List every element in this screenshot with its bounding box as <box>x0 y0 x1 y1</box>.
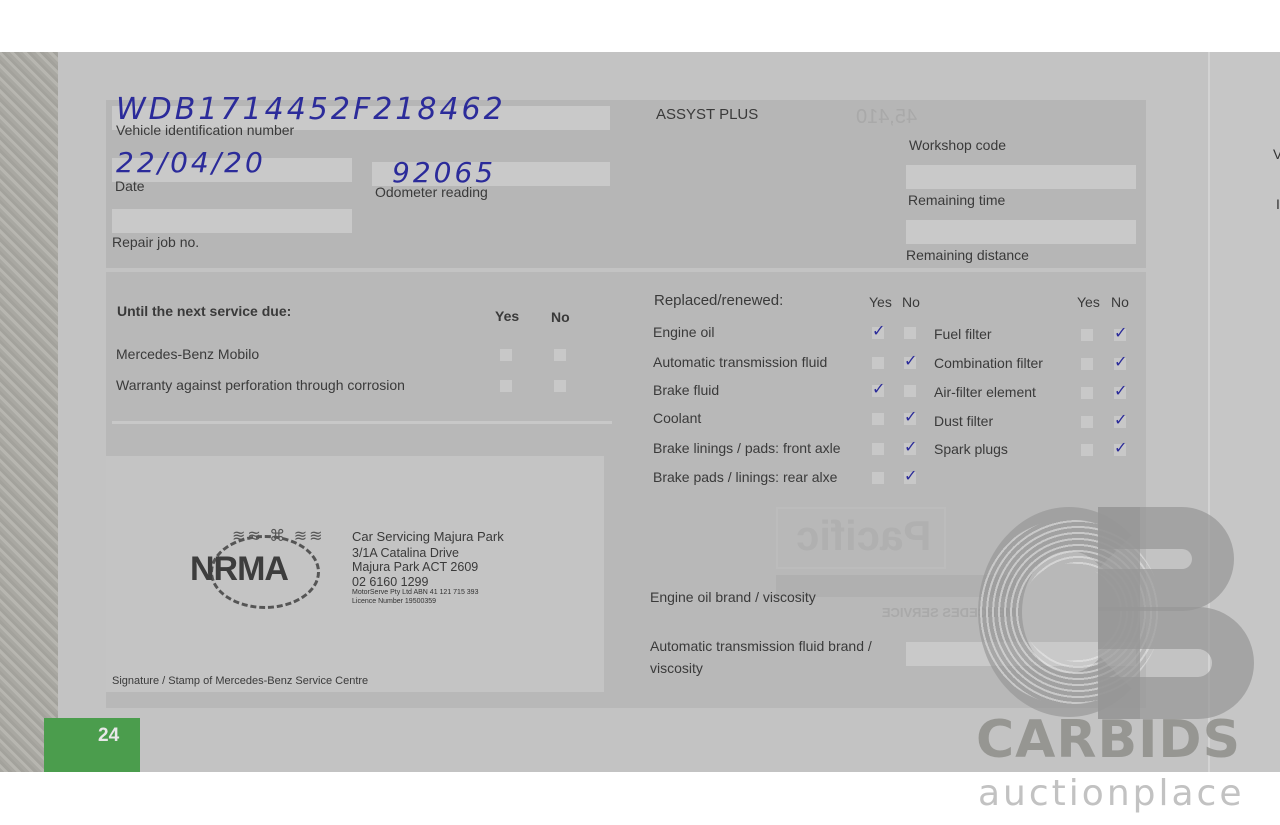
date-value: 22/04/20 <box>116 146 266 179</box>
nrma-logo-wings: ≋≋ ⌘ ≋≋ <box>232 526 325 546</box>
page-number-tab <box>44 718 140 772</box>
replaced-item-label: Coolant <box>653 410 701 426</box>
replaced-yes-checkbox[interactable] <box>1081 329 1093 341</box>
replaced-yes-checkbox[interactable] <box>1081 444 1093 456</box>
stamp-phone: 02 6160 1299 <box>352 575 428 589</box>
page-number: 24 <box>98 725 119 747</box>
replaced-item-label: Spark plugs <box>934 441 1008 457</box>
next-service-yes-checkbox[interactable] <box>500 349 512 361</box>
replaced-item-label: Fuel filter <box>934 326 992 342</box>
remaining-distance-label: Remaining distance <box>906 247 1029 263</box>
atf-brand-label-line2: viscosity <box>650 660 703 676</box>
check-mark-icon: ✓ <box>904 410 917 426</box>
remaining-time-label: Remaining time <box>908 192 1005 208</box>
replaced-item-label: Dust filter <box>934 413 993 429</box>
stamp-area <box>106 456 604 692</box>
stamp-address-line1: 3/1A Catalina Drive <box>352 546 459 560</box>
replaced-yes-checkbox[interactable] <box>872 443 884 455</box>
stamp-address-line2: Majura Park ACT 2609 <box>352 560 478 574</box>
replaced-no-checkbox[interactable] <box>904 385 916 397</box>
repair-job-field[interactable] <box>112 209 352 233</box>
next-service-no-checkbox[interactable] <box>554 380 566 392</box>
next-service-no-header: No <box>551 309 570 325</box>
remaining-distance-field[interactable] <box>906 220 1136 244</box>
replaced-yes-header-right: Yes <box>1077 294 1100 310</box>
stamp-abn: MotorServe Pty Ltd ABN 41 121 715 393 <box>352 589 478 596</box>
watermark-brand: CARBIDS <box>976 714 1241 766</box>
watermark-subtitle: auctionplace <box>978 776 1244 812</box>
date-label: Date <box>115 178 145 194</box>
check-mark-icon: ✓ <box>1114 384 1127 400</box>
next-service-yes-header: Yes <box>495 308 519 324</box>
ghost-show-through: 45,410 <box>856 106 917 129</box>
workshop-code-label: Workshop code <box>909 137 1006 153</box>
engine-oil-brand-label: Engine oil brand / viscosity <box>650 589 816 605</box>
check-mark-icon: ✓ <box>1114 326 1127 342</box>
replaced-yes-checkbox[interactable] <box>872 357 884 369</box>
replaced-heading: Replaced/renewed: <box>654 292 783 309</box>
replaced-no-checkbox[interactable] <box>904 327 916 339</box>
repair-job-label: Repair job no. <box>112 234 199 250</box>
check-mark-icon: ✓ <box>904 440 917 456</box>
check-mark-icon: ✓ <box>904 469 917 485</box>
stamp-licence: Licence Number 19500359 <box>352 598 436 605</box>
next-service-item-label: Mercedes-Benz Mobilo <box>116 346 259 362</box>
next-service-heading: Until the next service due: <box>117 303 291 319</box>
section-divider <box>112 421 612 424</box>
next-service-no-checkbox[interactable] <box>554 349 566 361</box>
replaced-no-header-right: No <box>1111 294 1129 310</box>
replaced-item-label: Brake fluid <box>653 382 719 398</box>
odometer-label: Odometer reading <box>375 184 488 200</box>
replaced-yes-checkbox[interactable] <box>1081 358 1093 370</box>
next-page-fragment: V <box>1273 146 1280 162</box>
replaced-yes-checkbox[interactable] <box>1081 387 1093 399</box>
replaced-item-label: Air-filter element <box>934 384 1036 400</box>
nrma-logo: NRMA <box>190 550 288 589</box>
check-mark-icon: ✓ <box>872 382 885 398</box>
replaced-no-header: No <box>902 294 920 310</box>
replaced-yes-checkbox[interactable] <box>872 413 884 425</box>
signature-label: Signature / Stamp of Mercedes-Benz Servi… <box>112 675 368 687</box>
replaced-yes-header: Yes <box>869 294 892 310</box>
next-service-yes-checkbox[interactable] <box>500 380 512 392</box>
check-mark-icon: ✓ <box>1114 413 1127 429</box>
remaining-time-field[interactable] <box>906 165 1136 189</box>
replaced-yes-checkbox[interactable] <box>1081 416 1093 428</box>
stamp-business-name: Car Servicing Majura Park <box>352 529 504 544</box>
ghost-stamp-word: Pacific <box>796 512 931 560</box>
next-page-fragment: I <box>1276 196 1280 212</box>
check-mark-icon: ✓ <box>872 324 885 340</box>
replaced-yes-checkbox[interactable] <box>872 472 884 484</box>
vin-label: Vehicle identification number <box>116 122 294 138</box>
atf-brand-label-line1: Automatic transmission fluid brand / <box>650 638 872 654</box>
check-mark-icon: ✓ <box>1114 355 1127 371</box>
watermark-b <box>1098 507 1254 719</box>
replaced-item-label: Brake pads / linings: rear alxe <box>653 469 837 485</box>
check-mark-icon: ✓ <box>1114 441 1127 457</box>
next-service-item-label: Warranty against perforation through cor… <box>116 377 405 393</box>
replaced-item-label: Automatic transmission fluid <box>653 354 827 370</box>
table-surface <box>0 52 58 772</box>
replaced-item-label: Brake linings / pads: front axle <box>653 440 841 456</box>
replaced-item-label: Engine oil <box>653 324 715 340</box>
assyst-plus-title: ASSYST PLUS <box>656 106 758 123</box>
replaced-item-label: Combination filter <box>934 355 1043 371</box>
check-mark-icon: ✓ <box>904 354 917 370</box>
